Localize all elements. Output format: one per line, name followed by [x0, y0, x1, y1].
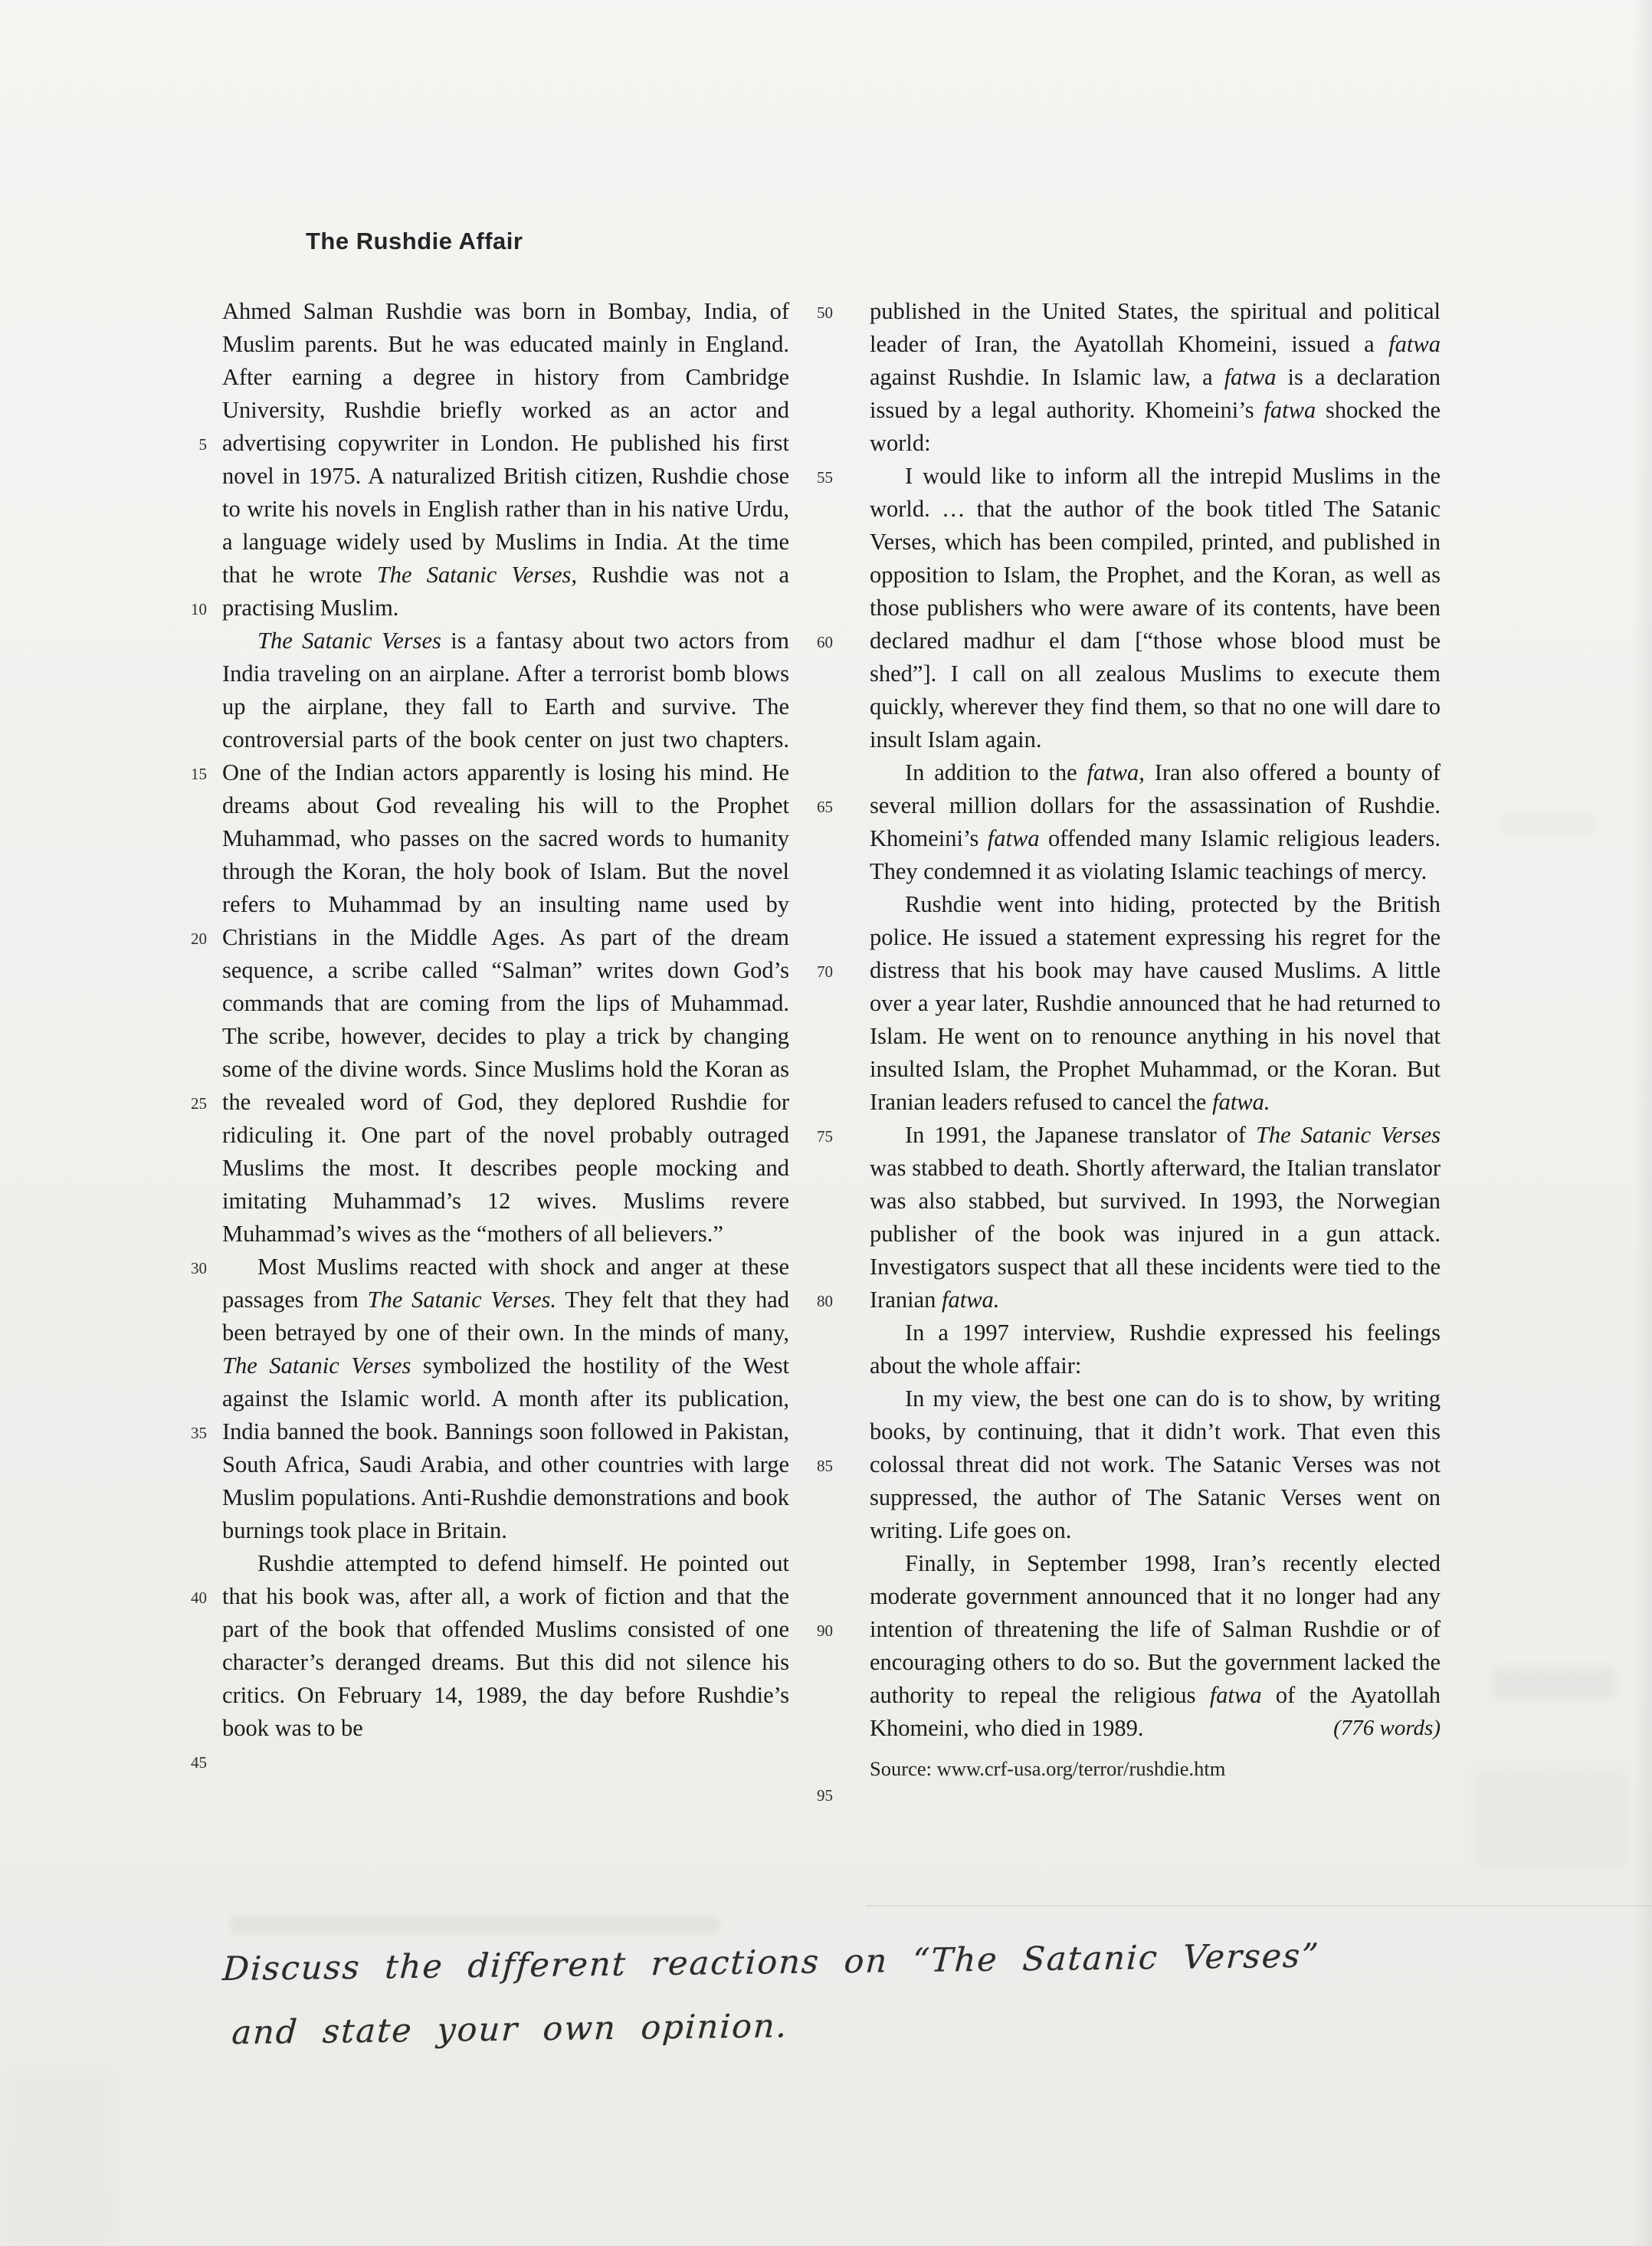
- text-segment: published in the United States, the spir…: [870, 298, 1441, 357]
- line-number: 80: [817, 1285, 851, 1318]
- paragraph: Ahmed Salman Rushdie was born in Bombay,…: [222, 295, 789, 625]
- italic-text-segment: The Satanic Verses: [257, 628, 441, 654]
- line-number: 90: [817, 1615, 851, 1648]
- line-number: 85: [817, 1450, 851, 1483]
- handwritten-task-line-2: and state your own opinion.: [231, 2007, 789, 2052]
- paragraph: The Satanic Verses is a fantasy about tw…: [222, 625, 789, 1251]
- line-number: 60: [817, 626, 851, 659]
- line-number: 35: [181, 1417, 207, 1450]
- paragraph: Most Muslims reacted with shock and ange…: [222, 1251, 789, 1547]
- line-number: 95: [817, 1779, 851, 1812]
- bleed-through-smudge: [1498, 812, 1598, 835]
- italic-text-segment: fatwa: [1264, 397, 1316, 423]
- paragraph: Rushdie attempted to defend himself. He …: [222, 1547, 789, 1745]
- italic-text-segment: fatwa.: [1212, 1089, 1270, 1115]
- paragraph: In my view, the best one can do is to sh…: [870, 1382, 1441, 1547]
- paragraph: In addition to the fatwa, Iran also offe…: [870, 756, 1441, 888]
- text-segment: Rushdie attempted to defend himself. He …: [222, 1550, 789, 1741]
- italic-text-segment: fatwa: [1210, 1682, 1262, 1708]
- line-number: 65: [817, 791, 851, 824]
- paragraph: Rushdie went into hiding, protected by t…: [870, 888, 1441, 1119]
- italic-text-segment: fatwa: [1388, 331, 1441, 357]
- bleed-through-rule: [866, 1905, 1652, 1907]
- right-text-column: published in the United States, the spir…: [870, 295, 1441, 1785]
- italic-text-segment: The Satanic Verses,: [377, 562, 577, 588]
- paragraph: published in the United States, the spir…: [870, 295, 1441, 460]
- text-segment: In a 1997 interview, Rushdie expressed h…: [870, 1320, 1441, 1379]
- italic-text-segment: fatwa: [1224, 364, 1277, 390]
- text-segment: is a fantasy about two actors from India…: [222, 628, 789, 1247]
- italic-text-segment: fatwa.: [942, 1287, 999, 1313]
- text-segment: In my view, the best one can do is to sh…: [870, 1385, 1441, 1543]
- line-number: 5: [181, 428, 207, 461]
- scan-shading-patch: [0, 2069, 115, 2246]
- italic-text-segment: fatwa: [988, 825, 1040, 851]
- line-number: 50: [817, 297, 851, 330]
- bleed-through-smudge: [1475, 1770, 1628, 1870]
- text-segment: In 1991, the Japanese translator of: [905, 1122, 1256, 1148]
- page-title: The Rushdie Affair: [306, 228, 523, 255]
- line-number: 70: [817, 956, 851, 989]
- source-line: Source: www.crf-usa.org/terror/rushdie.h…: [870, 1753, 1441, 1785]
- text-segment: I would like to inform all the intrepid …: [870, 463, 1441, 752]
- left-column-line-numbers: 51015202530354045: [181, 295, 207, 1981]
- line-number: 75: [817, 1120, 851, 1153]
- scanned-article-page: The Rushdie Affair 51015202530354045 Ahm…: [0, 0, 1652, 2246]
- paragraph: In a 1997 interview, Rushdie expressed h…: [870, 1316, 1441, 1382]
- italic-text-segment: The Satanic Verses: [1256, 1122, 1441, 1148]
- italic-text-segment: The Satanic Verses: [222, 1353, 411, 1379]
- text-segment: Rushdie went into hiding, protected by t…: [870, 891, 1441, 1115]
- text-segment: against Rushdie. In Islamic law, a: [870, 364, 1224, 390]
- paragraph: I would like to inform all the intrepid …: [870, 460, 1441, 756]
- line-number: 30: [181, 1252, 207, 1285]
- italic-text-segment: The Satanic Verses.: [368, 1287, 556, 1313]
- line-number: 25: [181, 1087, 207, 1120]
- bleed-through-smudge: [230, 1916, 720, 1934]
- text-segment: In addition to the: [905, 759, 1087, 785]
- line-number: 45: [181, 1746, 207, 1779]
- right-column-line-numbers: 50556065707580859095: [817, 295, 851, 1981]
- paragraph: In 1991, the Japanese translator of The …: [870, 1119, 1441, 1316]
- line-number: 15: [181, 758, 207, 791]
- italic-text-segment: fatwa,: [1087, 759, 1144, 785]
- text-segment: Ahmed Salman Rushdie was born in Bombay,…: [222, 298, 789, 588]
- line-number: 40: [181, 1582, 207, 1615]
- handwritten-task-line-1: Discuss the different reactions on “The …: [221, 1937, 1321, 1989]
- left-text-column: Ahmed Salman Rushdie was born in Bombay,…: [222, 295, 789, 1745]
- text-segment: symbolized the hostility of the West aga…: [222, 1353, 789, 1543]
- line-number: 20: [181, 923, 207, 956]
- line-number: 10: [181, 593, 207, 626]
- bleed-through-smudge: [1493, 1667, 1615, 1699]
- line-number: 55: [817, 461, 851, 494]
